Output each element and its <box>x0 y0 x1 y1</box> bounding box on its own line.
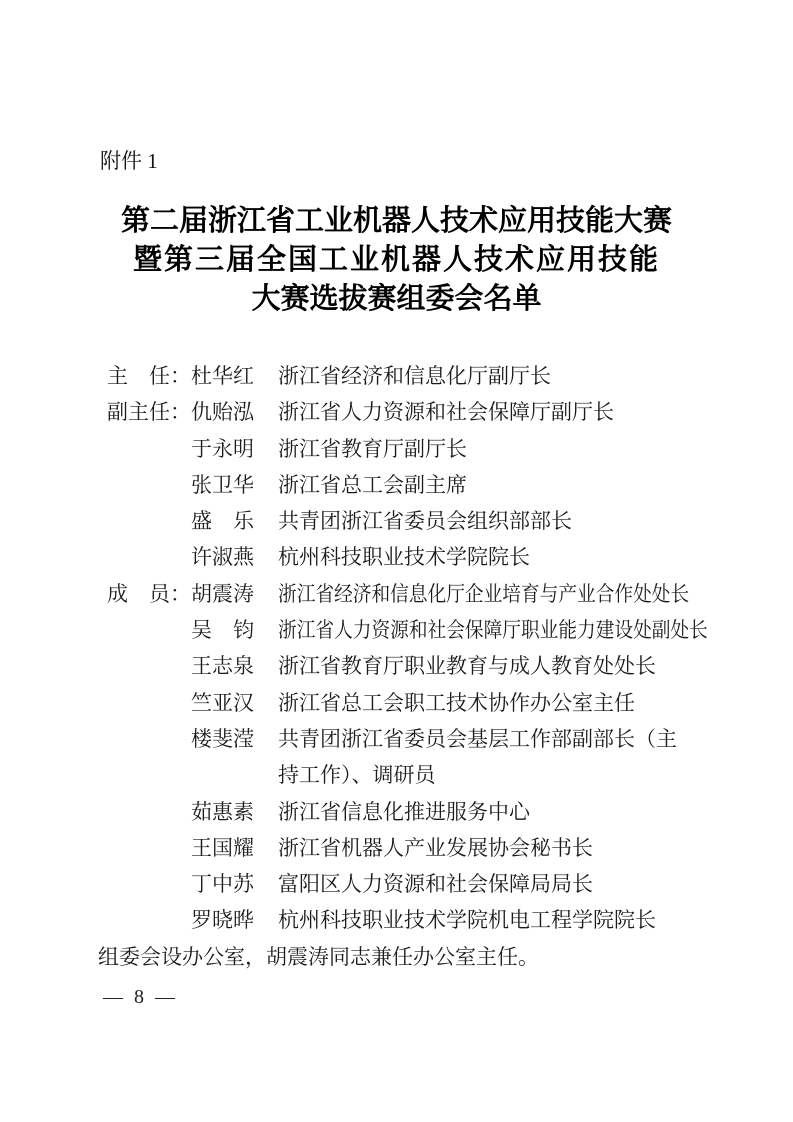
committee-row-continuation: 持工作）、调研员 <box>98 757 753 793</box>
member-name: 盛 乐 <box>191 503 254 539</box>
member-position: 富阳区人力资源和社会保障局局长 <box>278 866 593 902</box>
member-position: 浙江省机器人产业发展协会秘书长 <box>278 830 593 866</box>
member-position: 浙江省人力资源和社会保障厅副厅长 <box>278 394 614 430</box>
member-position: 浙江省教育厅副厅长 <box>278 431 467 467</box>
member-position: 共青团浙江省委员会组织部部长 <box>278 503 572 539</box>
member-position: 浙江省教育厅职业教育与成人教育处处长 <box>278 648 656 684</box>
member-name: 茹惠素 <box>191 794 254 830</box>
member-name: 杜华红 <box>191 358 254 394</box>
committee-row: 竺亚汉 浙江省总工会职工技术协作办公室主任 <box>98 685 753 721</box>
document-title: 第二届浙江省工业机器人技术应用技能大赛 暨第三届全国工业机器人技术应用技能 大赛… <box>40 202 753 319</box>
title-line-2: 暨第三届全国工业机器人技术应用技能 <box>40 241 753 280</box>
member-position: 浙江省经济和信息化厅企业培育与产业合作处处长 <box>278 576 689 612</box>
member-name: 仇贻泓 <box>191 394 254 430</box>
member-position: 浙江省信息化推进服务中心 <box>278 794 530 830</box>
member-name: 许淑燕 <box>191 539 254 575</box>
member-position: 共青团浙江省委员会基层工作部副部长（主 <box>278 721 677 757</box>
attachment-label: 附件 1 <box>100 148 158 174</box>
committee-row: 王国耀 浙江省机器人产业发展协会秘书长 <box>98 830 753 866</box>
member-name: 丁中苏 <box>191 866 254 902</box>
closing-note: 组委会设办公室，胡震涛同志兼任办公室主任。 <box>98 939 753 975</box>
member-name: 胡震涛 <box>191 576 254 612</box>
committee-row: 许淑燕 杭州科技职业技术学院院长 <box>98 539 753 575</box>
member-name: 王国耀 <box>191 830 254 866</box>
role-label: 主 任： <box>107 358 191 394</box>
member-name: 吴 钧 <box>191 612 254 648</box>
member-name: 张卫华 <box>191 467 254 503</box>
committee-row: 丁中苏 富阳区人力资源和社会保障局局长 <box>98 866 753 902</box>
role-label: 成 员： <box>107 576 191 612</box>
role-label: 副主任： <box>107 394 191 430</box>
committee-row: 主 任： 杜华红 浙江省经济和信息化厅副厅长 <box>98 358 753 394</box>
member-name: 王志泉 <box>191 648 254 684</box>
member-name: 罗晓晔 <box>191 902 254 938</box>
page-number: — 8 — <box>103 986 178 1009</box>
member-position: 浙江省总工会职工技术协作办公室主任 <box>278 685 635 721</box>
member-position: 浙江省总工会副主席 <box>278 467 467 503</box>
member-position: 杭州科技职业技术学院机电工程学院院长 <box>278 902 656 938</box>
member-position: 浙江省经济和信息化厅副厅长 <box>278 358 551 394</box>
committee-row: 张卫华 浙江省总工会副主席 <box>98 467 753 503</box>
member-name: 楼斐滢 <box>191 721 254 757</box>
member-name: 竺亚汉 <box>191 685 254 721</box>
member-position-continued: 持工作）、调研员 <box>278 757 436 793</box>
title-line-3: 大赛选拔赛组委会名单 <box>40 280 753 319</box>
committee-row: 茹惠素 浙江省信息化推进服务中心 <box>98 794 753 830</box>
title-line-1: 第二届浙江省工业机器人技术应用技能大赛 <box>40 202 753 241</box>
committee-list: 主 任： 杜华红 浙江省经济和信息化厅副厅长 副主任： 仇贻泓 浙江省人力资源和… <box>98 358 753 975</box>
committee-row: 成 员： 胡震涛 浙江省经济和信息化厅企业培育与产业合作处处长 <box>98 576 753 612</box>
committee-row: 副主任： 仇贻泓 浙江省人力资源和社会保障厅副厅长 <box>98 394 753 430</box>
committee-row: 罗晓晔 杭州科技职业技术学院机电工程学院院长 <box>98 902 753 938</box>
committee-row: 于永明 浙江省教育厅副厅长 <box>98 431 753 467</box>
committee-row: 盛 乐 共青团浙江省委员会组织部部长 <box>98 503 753 539</box>
member-position: 浙江省人力资源和社会保障厅职业能力建设处副处长 <box>278 612 708 648</box>
committee-row: 王志泉 浙江省教育厅职业教育与成人教育处处长 <box>98 648 753 684</box>
document-page: 附件 1 第二届浙江省工业机器人技术应用技能大赛 暨第三届全国工业机器人技术应用… <box>0 0 793 1122</box>
committee-row: 楼斐滢 共青团浙江省委员会基层工作部副部长（主 <box>98 721 753 757</box>
committee-row: 吴 钧 浙江省人力资源和社会保障厅职业能力建设处副处长 <box>98 612 753 648</box>
member-name: 于永明 <box>191 431 254 467</box>
member-position: 杭州科技职业技术学院院长 <box>278 539 530 575</box>
